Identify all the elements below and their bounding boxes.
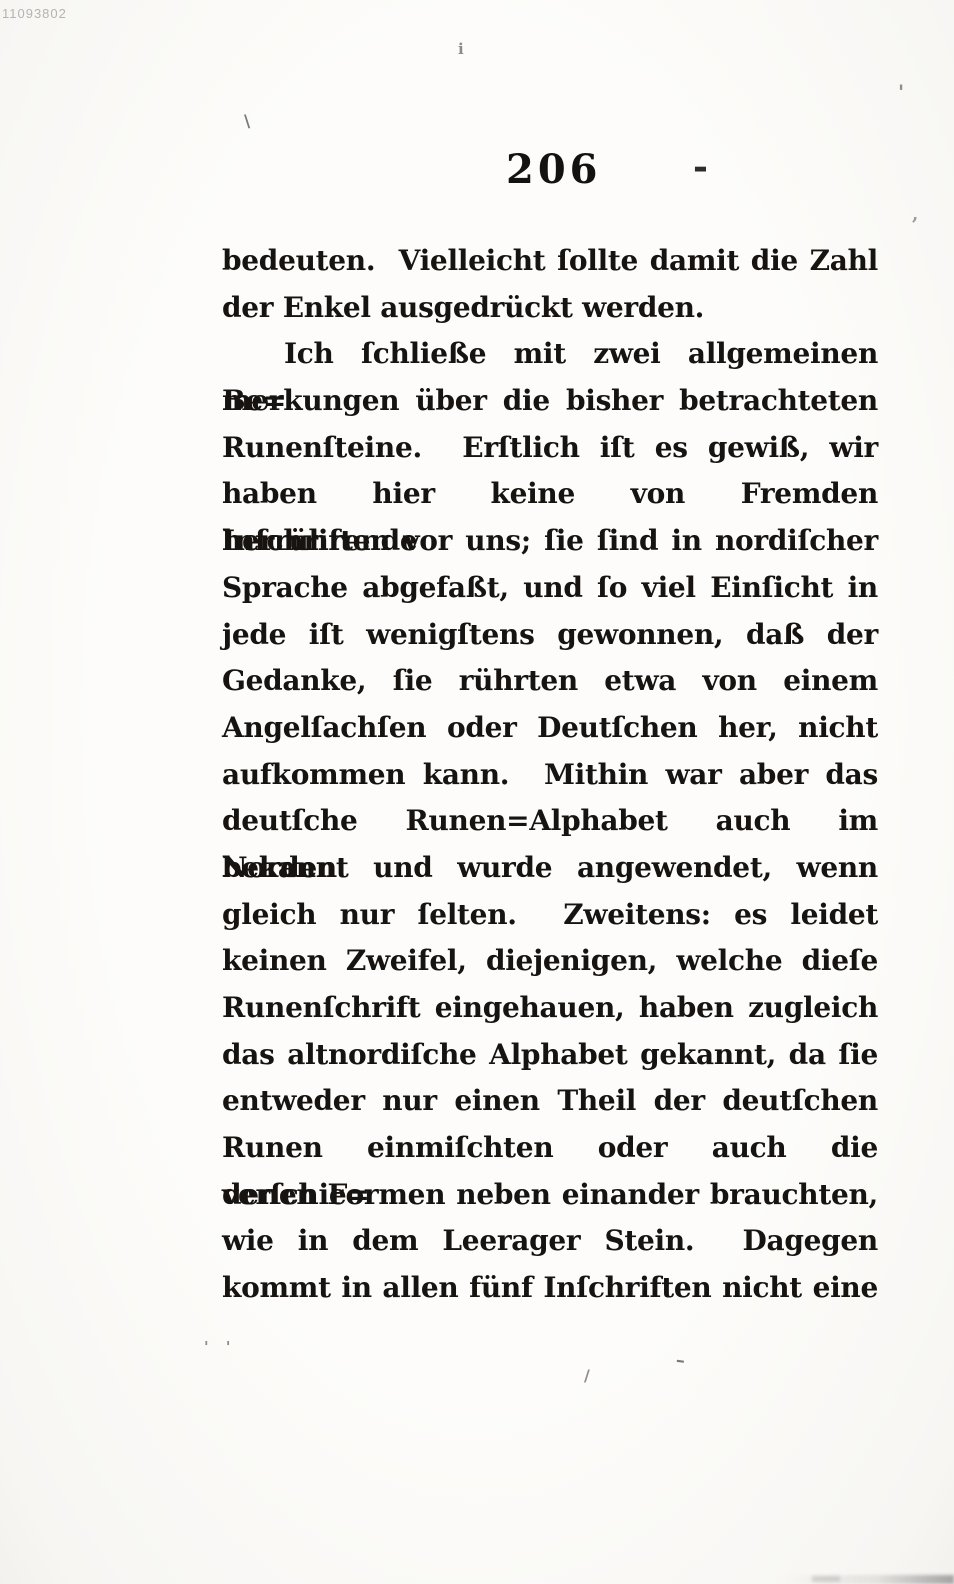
text-line: merkungen über die bisher betrachteten [222, 378, 878, 425]
text-line: Sprache abgefaßt, und ſo viel Einſicht i… [222, 565, 878, 612]
text-line: Runenſchrift eingehauen, haben zugleich [222, 985, 878, 1032]
text-line: bedeuten. Vielleicht ſollte damit die Za… [222, 238, 878, 285]
scan-speck: / [584, 1366, 590, 1385]
scan-speck: , [912, 204, 918, 225]
scan-speck: – [675, 1349, 687, 1371]
text-line: Angelſachſen oder Deutſchen her, nicht [222, 705, 878, 752]
scan-id-watermark: 11093802 [2, 6, 67, 21]
text-line: aufkommen kann. Mithin war aber das [222, 752, 878, 799]
text-line: deutſche Runen=Alphabet auch im Norden [222, 798, 878, 845]
text-line: Runen einmiſchten oder auch die verſchie… [222, 1125, 878, 1172]
text-line: Runenſteine. Erſtlich iſt es gewiß, wir [222, 425, 878, 472]
text-line: wie in dem Leerager Stein. Dagegen [222, 1218, 878, 1265]
text-line: entweder nur einen Theil der deutſchen [222, 1078, 878, 1125]
text-line: Gedanke, ſie rührten etwa von einem [222, 658, 878, 705]
body-text: bedeuten. Vielleicht ſollte damit die Za… [222, 238, 878, 1312]
scan-speck: i [458, 40, 464, 58]
text-line: Ich ſchließe mit zwei allgemeinen Be= [222, 331, 878, 378]
scan-speck: \ [244, 112, 250, 132]
scan-edge-smudge [812, 1576, 840, 1582]
scan-edge-smudge [784, 1575, 954, 1584]
text-line: keinen Zweifel, diejenigen, welche dieſe [222, 938, 878, 985]
text-line: das altnordiſche Alphabet gekannt, da ſi… [222, 1032, 878, 1079]
text-line: gleich nur ſelten. Zweitens: es leidet [222, 892, 878, 939]
scanned-book-page: 11093802 206 bedeuten. Vielleicht ſollte… [0, 0, 954, 1584]
scan-speck: ' [898, 80, 904, 104]
text-line: Inſchriften vor uns; ſie ſind in nordiſc… [222, 518, 878, 565]
text-line: kommt in allen fünf Inſchriften nicht ei… [222, 1265, 878, 1312]
text-line: haben hier keine von Fremden herrührende [222, 471, 878, 518]
page-number: 206 [506, 146, 602, 193]
text-line: der Enkel ausgedrückt werden. [222, 285, 878, 332]
text-line: denen Formen neben einander brauchten, [222, 1172, 878, 1219]
margin-dash: - [693, 146, 708, 188]
text-line: bekannt und wurde angewendet, wenn [222, 845, 878, 892]
text-line: jede iſt wenigſtens gewonnen, daß der [222, 612, 878, 659]
scan-speck: ' ' [204, 1338, 236, 1356]
